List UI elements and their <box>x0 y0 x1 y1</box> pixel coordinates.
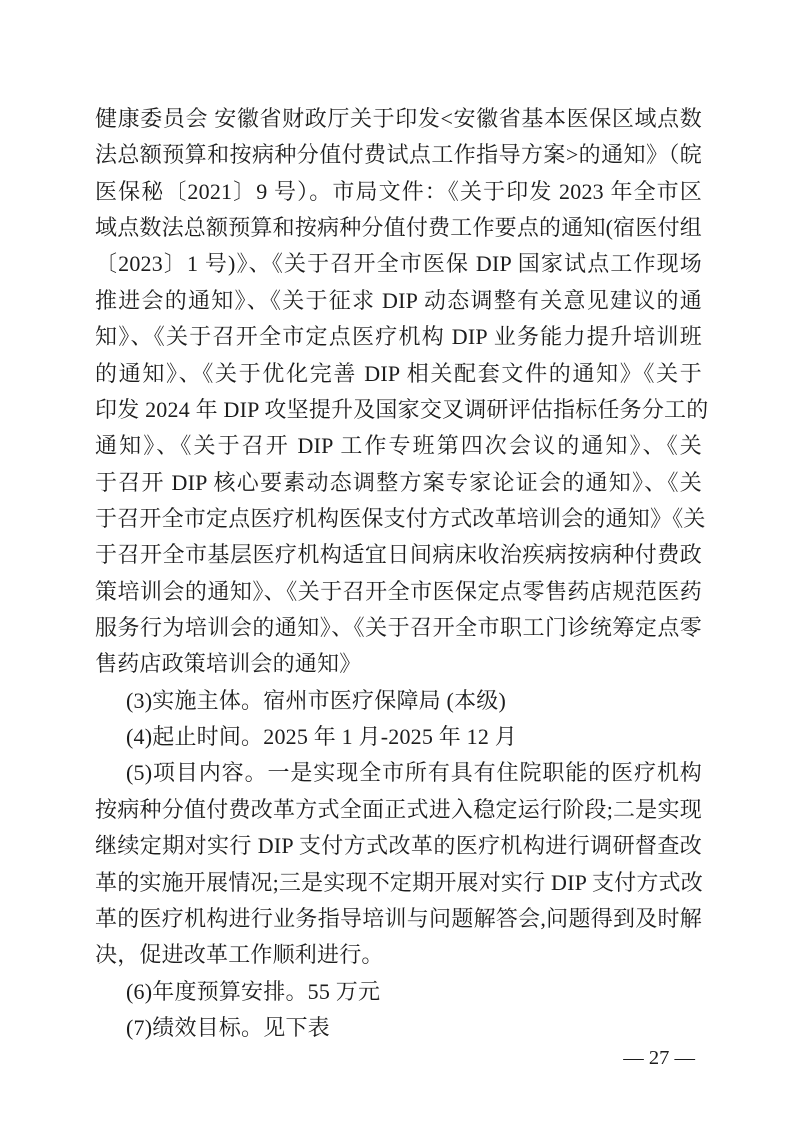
text-line: 革的实施开展情况;三是实现不定期开展对实行 DIP 支付方式改 <box>95 865 702 901</box>
text-line: 〔2023〕1 号)》、《关于召开全市医保 DIP 国家试点工作现场 <box>95 246 702 282</box>
text-line: 按病种分值付费改革方式全面正式进入稳定运行阶段;二是实现 <box>95 792 702 828</box>
document-body: 健康委员会 安徽省财政厅关于印发<安徽省基本医保区域点数 法总额预算和按病种分值… <box>95 101 702 1046</box>
text-line: 印发 2024 年 DIP 攻坚提升及国家交叉调研评估指标任务分工的 <box>95 392 702 428</box>
document-page: 健康委员会 安徽省财政厅关于印发<安徽省基本医保区域点数 法总额预算和按病种分值… <box>0 0 793 1122</box>
text-line: 革的医疗机构进行业务指导培训与问题解答会,问题得到及时解 <box>95 901 702 937</box>
text-line: 决，促进改革工作顺利进行。 <box>95 937 702 973</box>
text-line: 服务行为培训会的通知》、《关于召开全市职工门诊统筹定点零 <box>95 610 702 646</box>
text-line: 通知》、《关于召开 DIP 工作专班第四次会议的通知》、《关 <box>95 428 702 464</box>
text-line: 域点数法总额预算和按病种分值付费工作要点的通知(宿医付组 <box>95 210 702 246</box>
text-line-item-7: (7)绩效目标。见下表 <box>95 1010 702 1046</box>
text-line: 健康委员会 安徽省财政厅关于印发<安徽省基本医保区域点数 <box>95 101 702 137</box>
text-line-item-4: (4)起止时间。2025 年 1 月-2025 年 12 月 <box>95 719 702 755</box>
text-line: 于召开 DIP 核心要素动态调整方案专家论证会的通知》、《关 <box>95 465 702 501</box>
text-line: 知》、《关于召开全市定点医疗机构 DIP 业务能力提升培训班 <box>95 319 702 355</box>
page-number: — 27 — <box>623 1045 695 1071</box>
text-line: 于召开全市基层医疗机构适宜日间病床收治疾病按病种付费政 <box>95 537 702 573</box>
text-line: 的通知》、《关于优化完善 DIP 相关配套文件的通知》《关于 <box>95 356 702 392</box>
text-line: 医保秘〔2021〕9 号）。市局文件：《关于印发 2023 年全市区 <box>95 174 702 210</box>
text-line-item-5: (5)项目内容。一是实现全市所有具有住院职能的医疗机构 <box>95 755 702 791</box>
text-line: 推进会的通知》、《关于征求 DIP 动态调整有关意见建议的通 <box>95 283 702 319</box>
text-line: 法总额预算和按病种分值付费试点工作指导方案>的通知》（皖 <box>95 137 702 173</box>
text-line: 策培训会的通知》、《关于召开全市医保定点零售药店规范医药 <box>95 574 702 610</box>
text-line: 于召开全市定点医疗机构医保支付方式改革培训会的通知》《关 <box>95 501 702 537</box>
text-line: 售药店政策培训会的通知》 <box>95 646 702 682</box>
text-line-item-3: (3)实施主体。宿州市医疗保障局 (本级) <box>95 683 702 719</box>
text-line-item-6: (6)年度预算安排。55 万元 <box>95 974 702 1010</box>
text-line: 继续定期对实行 DIP 支付方式改革的医疗机构进行调研督查改 <box>95 828 702 864</box>
